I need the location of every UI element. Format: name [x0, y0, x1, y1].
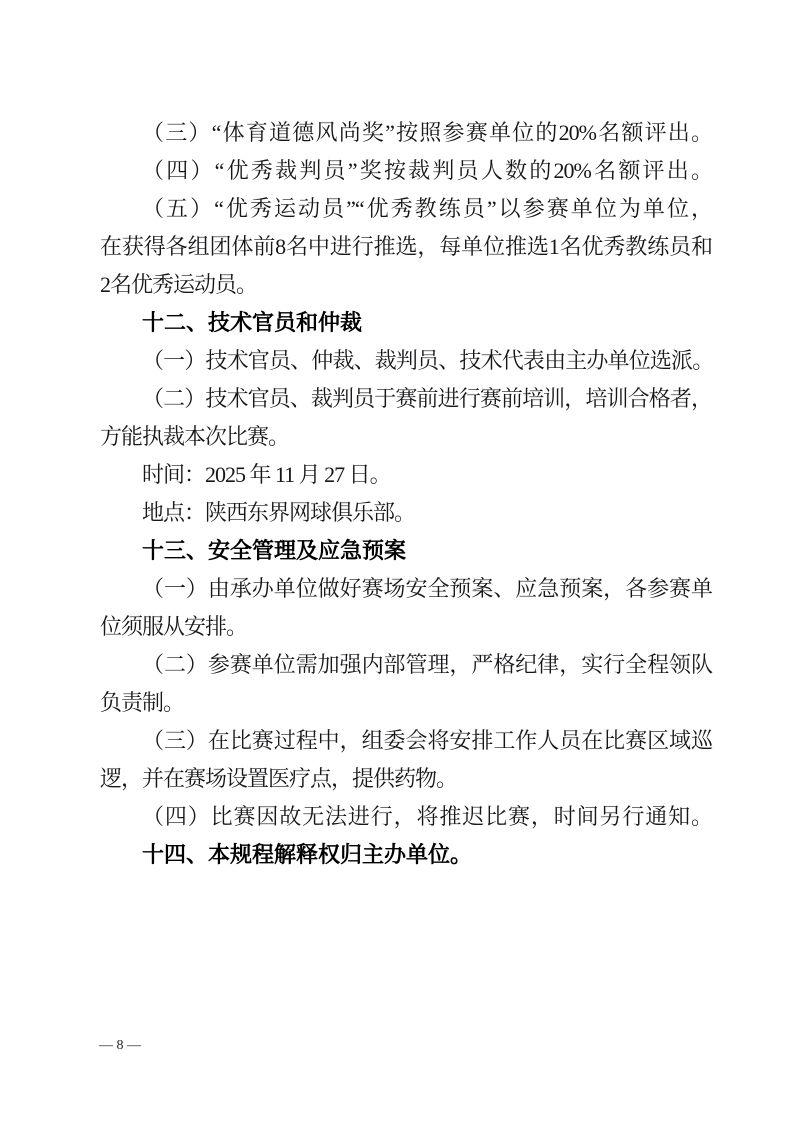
doc-line: （二）技术官员、裁判员于赛前进行赛前培训，培训合格者， [100, 380, 712, 418]
doc-line-time: 时间：2025 年 11 月 27 日。 [100, 456, 712, 494]
doc-line-location: 地点：陕西东界网球俱乐部。 [100, 494, 712, 532]
doc-line: 逻，并在赛场设置医疗点，提供药物。 [100, 760, 712, 798]
doc-line: （一）技术官员、仲裁、裁判员、技术代表由主办单位选派。 [100, 342, 712, 380]
doc-line: 负责制。 [100, 684, 712, 722]
doc-line: （三）在比赛过程中，组委会将安排工作人员在比赛区域巡 [100, 722, 712, 760]
doc-line: 方能执裁本次比赛。 [100, 418, 712, 456]
doc-line: （一）由承办单位做好赛场安全预案、应急预案，各参赛单 [100, 570, 712, 608]
doc-line: （四）比赛因故无法进行，将推迟比赛，时间另行通知。 [100, 798, 712, 836]
document-body: （三）“体育道德风尚奖”按照参赛单位的20%名额评出。 （四）“优秀裁判员”奖按… [100, 114, 712, 874]
doc-line: （二）参赛单位需加强内部管理，严格纪律，实行全程领队 [100, 646, 712, 684]
section-heading-12: 十二、技术官员和仲裁 [100, 304, 712, 342]
doc-line: 2名优秀运动员。 [100, 266, 712, 304]
doc-line: （五）“优秀运动员”“优秀教练员”以参赛单位为单位， [100, 190, 712, 228]
doc-line: 在获得各组团体前8名中进行推选，每单位推选1名优秀教练员和 [100, 228, 712, 266]
doc-line: （四）“优秀裁判员”奖按裁判员人数的20%名额评出。 [100, 152, 712, 190]
document-page: （三）“体育道德风尚奖”按照参赛单位的20%名额评出。 （四）“优秀裁判员”奖按… [0, 0, 800, 1131]
section-heading-14: 十四、本规程解释权归主办单位。 [100, 836, 712, 874]
section-heading-13: 十三、安全管理及应急预案 [100, 532, 712, 570]
doc-line: （三）“体育道德风尚奖”按照参赛单位的20%名额评出。 [100, 114, 712, 152]
page-number: — 8 — [99, 1036, 141, 1056]
doc-line: 位须服从安排。 [100, 608, 712, 646]
